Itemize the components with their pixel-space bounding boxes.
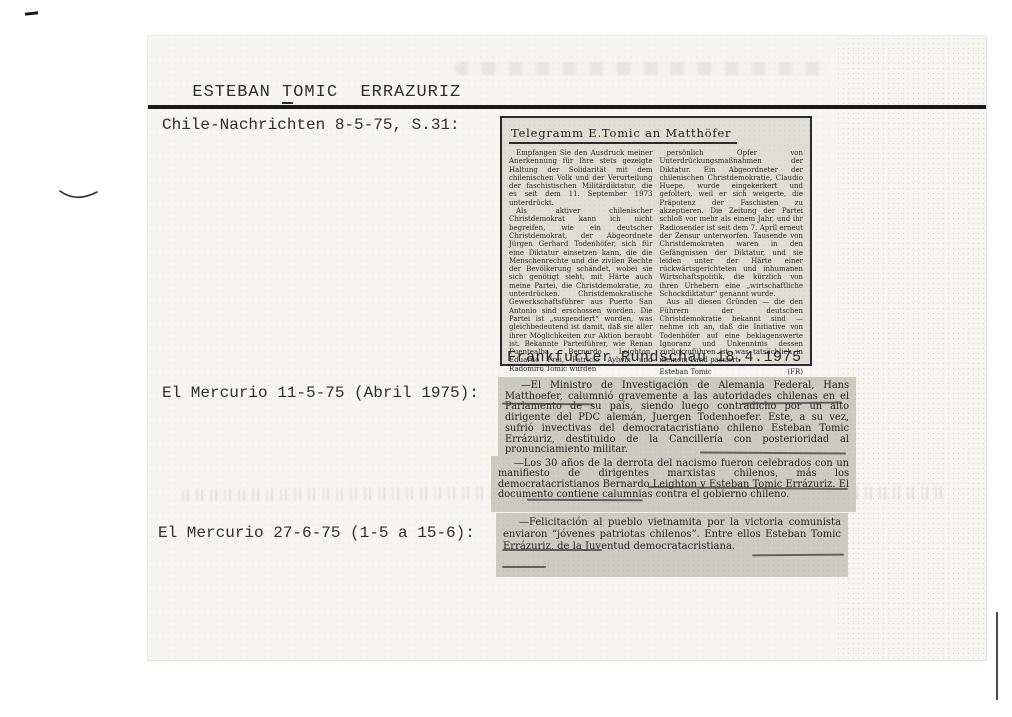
page-title-underlined-letter: T — [282, 83, 293, 104]
clipping-headline: Telegramm E.Tomic an Matthöfer — [509, 126, 737, 144]
clipping-signature: Esteban Tomic — [660, 368, 712, 376]
header-divider-rule — [148, 105, 986, 109]
mercurio-clipping-3: —Felicitación al pueblo vietnamita por l… — [496, 513, 848, 577]
erased-text-smudge — [455, 62, 827, 75]
scan-edge-line — [996, 612, 998, 700]
corner-mark — [25, 11, 38, 15]
page-title: ESTEBAN TOMIC ERRAZURIZ — [170, 64, 461, 102]
clipping-paragraph: persönlich Opfer von Unterdrückungsmaßna… — [660, 149, 804, 298]
clipping-signature-row: Esteban Tomic (FR) — [660, 368, 804, 376]
entry-label-mercurio-11-5-75: El Mercurio 11-5-75 (Abril 1975): — [162, 384, 479, 402]
entry-label-chile-nachrichten: Chile-Nachrichten 8-5-75, S.31: — [162, 116, 460, 134]
clipping-agency-tag: (FR) — [787, 368, 803, 376]
page-title-part2: OMIC ERRAZURIZ — [293, 83, 461, 102]
pen-strikethrough — [502, 549, 602, 551]
entry-label-mercurio-27-6-75: El Mercurio 27-6-75 (1-5 a 15-6): — [158, 524, 475, 542]
telegram-newspaper-clipping: Telegramm E.Tomic an Matthöfer Empfangen… — [500, 116, 812, 366]
mercurio-clipping-1: —El Ministro de Investigación de Alemani… — [498, 377, 856, 456]
mercurio-clipping-2: —Los 30 años de la derrota del nacismo f… — [491, 456, 856, 512]
handwritten-swoosh-mark — [58, 186, 100, 209]
clipping-paragraph: Empfangen Sie den Ausdruck meiner Anerke… — [509, 149, 653, 207]
clipping-source-caption: Frankfurter Rundschau 18.4.1975 — [507, 349, 802, 366]
clipping-column-right: persönlich Opfer von Unterdrückungsmaßna… — [660, 149, 804, 376]
clipping-paragraph: —El Ministro de Investigación de Alemani… — [505, 381, 849, 456]
clipping-columns: Empfangen Sie den Ausdruck meiner Anerke… — [509, 149, 803, 376]
bleed-through-text — [178, 487, 500, 501]
clipping-column-left: Empfangen Sie den Ausdruck meiner Anerke… — [509, 149, 653, 376]
page-title-part1: ESTEBAN — [192, 83, 282, 102]
swoosh-curve — [58, 186, 100, 204]
pen-underline — [502, 566, 546, 568]
clipping-paragraph: —Los 30 años de la derrota del nacismo f… — [498, 459, 849, 501]
bleed-through-text — [853, 487, 945, 500]
